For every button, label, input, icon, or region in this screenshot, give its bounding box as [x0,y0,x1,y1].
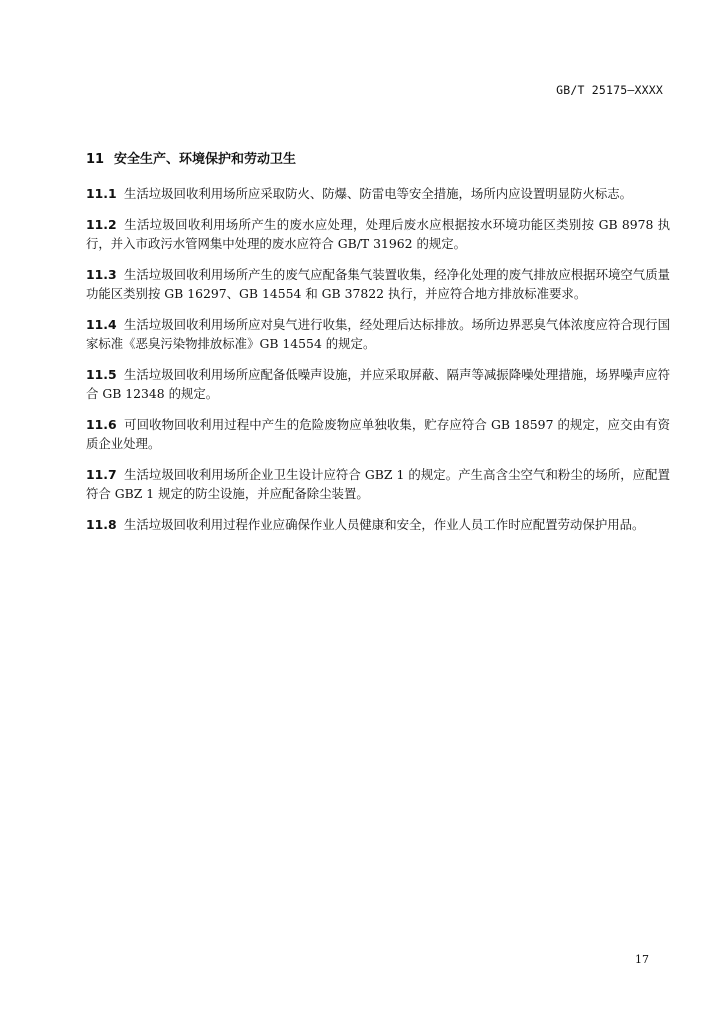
clause-text: 生活垃圾回收利用场所企业卫生设计应符合 GBZ 1 的规定。产生高含尘空气和粉尘… [86,467,670,501]
clause-number: 11.8 [86,515,124,534]
section-heading: 11安全生产、环境保护和劳动卫生 [86,148,296,167]
clause-11-1: 11.1生活垃圾回收利用场所应采取防火、防爆、防雷电等安全措施，场所内应设置明显… [86,184,670,203]
clause-text: 可回收物回收利用过程中产生的危险废物应单独收集，贮存应符合 GB 18597 的… [86,417,670,451]
document-page: GB/T 25175—XXXX 11安全生产、环境保护和劳动卫生 11.1生活垃… [0,0,725,1034]
clause-11-7: 11.7生活垃圾回收利用场所企业卫生设计应符合 GBZ 1 的规定。产生高含尘空… [86,465,670,503]
clause-number: 11.2 [86,215,124,234]
clause-number: 11.1 [86,184,124,203]
clause-number: 11.5 [86,365,124,384]
clause-text: 生活垃圾回收利用场所应对臭气进行收集，经处理后达标排放。场所边界恶臭气体浓度应符… [86,317,670,351]
clause-11-3: 11.3生活垃圾回收利用场所产生的废气应配备集气装置收集，经净化处理的废气排放应… [86,265,670,303]
clause-11-2: 11.2生活垃圾回收利用场所产生的废水应处理，处理后废水应根据按水环境功能区类别… [86,215,670,253]
clause-number: 11.3 [86,265,124,284]
clause-11-8: 11.8生活垃圾回收利用过程作业应确保作业人员健康和安全，作业人员工作时应配置劳… [86,515,670,534]
section-number: 11 [86,152,114,167]
clause-text: 生活垃圾回收利用场所应采取防火、防爆、防雷电等安全措施，场所内应设置明显防火标志… [124,186,632,201]
clause-11-5: 11.5生活垃圾回收利用场所应配备低噪声设施，并应采取屏蔽、隔声等减振降噪处理措… [86,365,670,403]
clause-text: 生活垃圾回收利用过程作业应确保作业人员健康和安全，作业人员工作时应配置劳动保护用… [124,517,644,532]
clause-11-6: 11.6可回收物回收利用过程中产生的危险废物应单独收集，贮存应符合 GB 185… [86,415,670,453]
standard-code-header: GB/T 25175—XXXX [556,83,663,97]
clause-number: 11.4 [86,315,124,334]
clause-text: 生活垃圾回收利用场所产生的废气应配备集气装置收集，经净化处理的废气排放应根据环境… [86,267,670,301]
clause-text: 生活垃圾回收利用场所应配备低噪声设施，并应采取屏蔽、隔声等减振降噪处理措施，场界… [86,367,670,401]
clause-11-4: 11.4生活垃圾回收利用场所应对臭气进行收集，经处理后达标排放。场所边界恶臭气体… [86,315,670,353]
clause-number: 11.7 [86,465,124,484]
clause-list: 11.1生活垃圾回收利用场所应采取防火、防爆、防雷电等安全措施，场所内应设置明显… [86,184,670,546]
clause-number: 11.6 [86,415,124,434]
clause-text: 生活垃圾回收利用场所产生的废水应处理，处理后废水应根据按水环境功能区类别按 GB… [86,217,670,251]
page-number: 17 [635,953,649,966]
section-title-text: 安全生产、环境保护和劳动卫生 [114,152,296,167]
